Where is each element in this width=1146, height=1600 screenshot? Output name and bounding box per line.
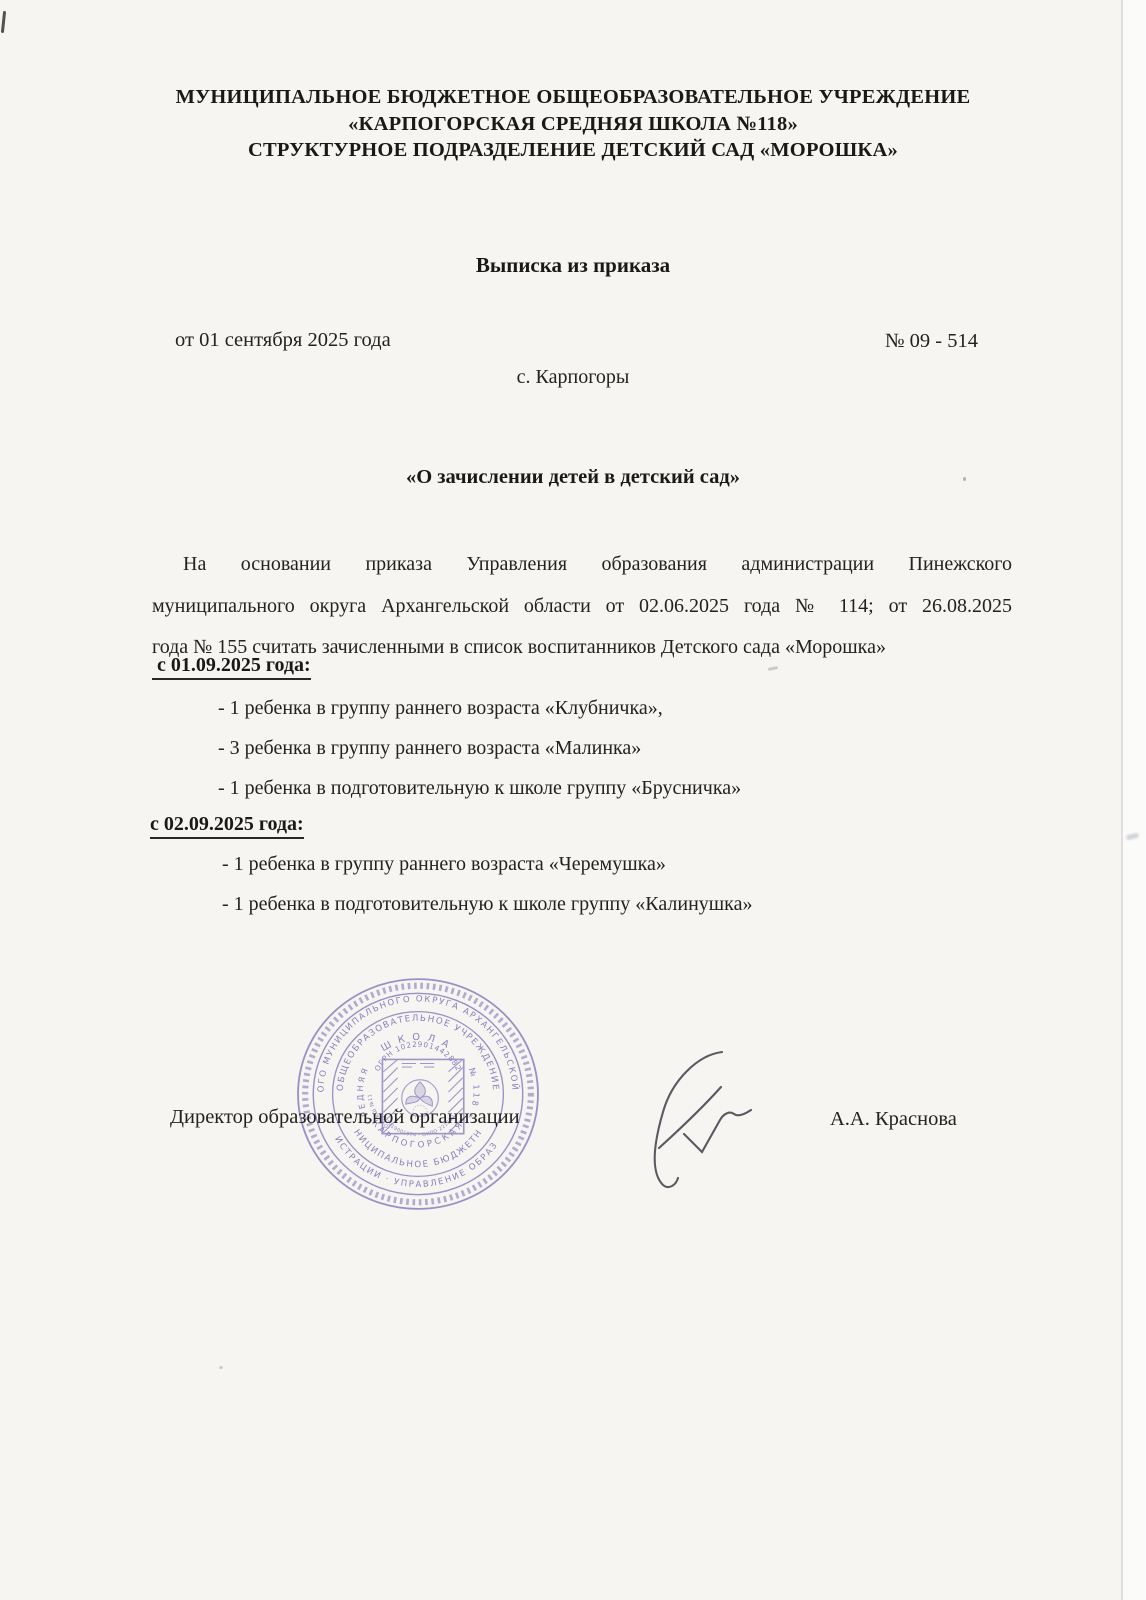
stamp-graphic: ПИНЕЖСКОГО МУНИЦИПАЛЬНОГО ОКРУГА АРХАНГЕ… <box>296 974 540 1214</box>
document-number: № 09 - 514 <box>885 330 978 353</box>
enrollment-list-item: - 1 ребенка в группу раннего возраста «Ч… <box>222 853 666 876</box>
enrollment-list-item: - 3 ребенка в группу раннего возраста «М… <box>218 737 641 760</box>
section-heading-date-2: с 02.09.2025 года: <box>150 813 304 839</box>
paper-edge-line <box>1121 0 1123 1600</box>
org-header-line-3: СТРУКТУРНОЕ ПОДРАЗДЕЛЕНИЕ ДЕТСКИЙ САД «М… <box>0 137 1146 164</box>
document-place: с. Карпогоры <box>0 366 1146 389</box>
enrollment-list-item: - 1 ребенка в подготовительную к школе г… <box>222 893 752 916</box>
org-header-line-2: «КАРПОГОРСКАЯ СРЕДНЯЯ ШКОЛА №118» <box>0 111 1146 138</box>
body-paragraph-line: На основании приказа Управления образова… <box>152 549 1012 579</box>
body-paragraph-line: муниципального округа Архангельской обла… <box>152 591 1012 621</box>
org-header-line-1: МУНИЦИПАЛЬНОЕ БЮДЖЕТНОЕ ОБЩЕОБРАЗОВАТЕЛЬ… <box>0 84 1146 111</box>
enrollment-list-item: - 1 ребенка в подготовительную к школе г… <box>218 777 741 800</box>
org-header: МУНИЦИПАЛЬНОЕ БЮДЖЕТНОЕ ОБЩЕОБРАЗОВАТЕЛЬ… <box>0 84 1146 164</box>
paper-speck <box>768 666 778 671</box>
section-heading-date-1: с 01.09.2025 года: <box>152 654 311 680</box>
scan-edge-strip <box>1123 0 1146 1600</box>
scanned-document-page: МУНИЦИПАЛЬНОЕ БЮДЖЕТНОЕ ОБЩЕОБРАЗОВАТЕЛЬ… <box>0 0 1146 1600</box>
enrollment-list-item: - 1 ребенка в группу раннего возраста «К… <box>218 697 663 720</box>
signature-scribble <box>622 1042 762 1192</box>
document-title: Выписка из приказа <box>0 253 1146 278</box>
signature-graphic <box>622 1042 762 1192</box>
paper-speck <box>219 1366 223 1369</box>
scan-corner-artifact <box>1 11 6 33</box>
document-subject: «О зачислении детей в детский сад» <box>0 466 1146 489</box>
director-name: А.А. Краснова <box>830 1108 957 1131</box>
document-date: от 01 сентября 2025 года <box>175 329 391 352</box>
official-stamp: ПИНЕЖСКОГО МУНИЦИПАЛЬНОГО ОКРУГА АРХАНГЕ… <box>296 974 540 1214</box>
director-position-label: Директор образовательной организации <box>170 1106 520 1129</box>
